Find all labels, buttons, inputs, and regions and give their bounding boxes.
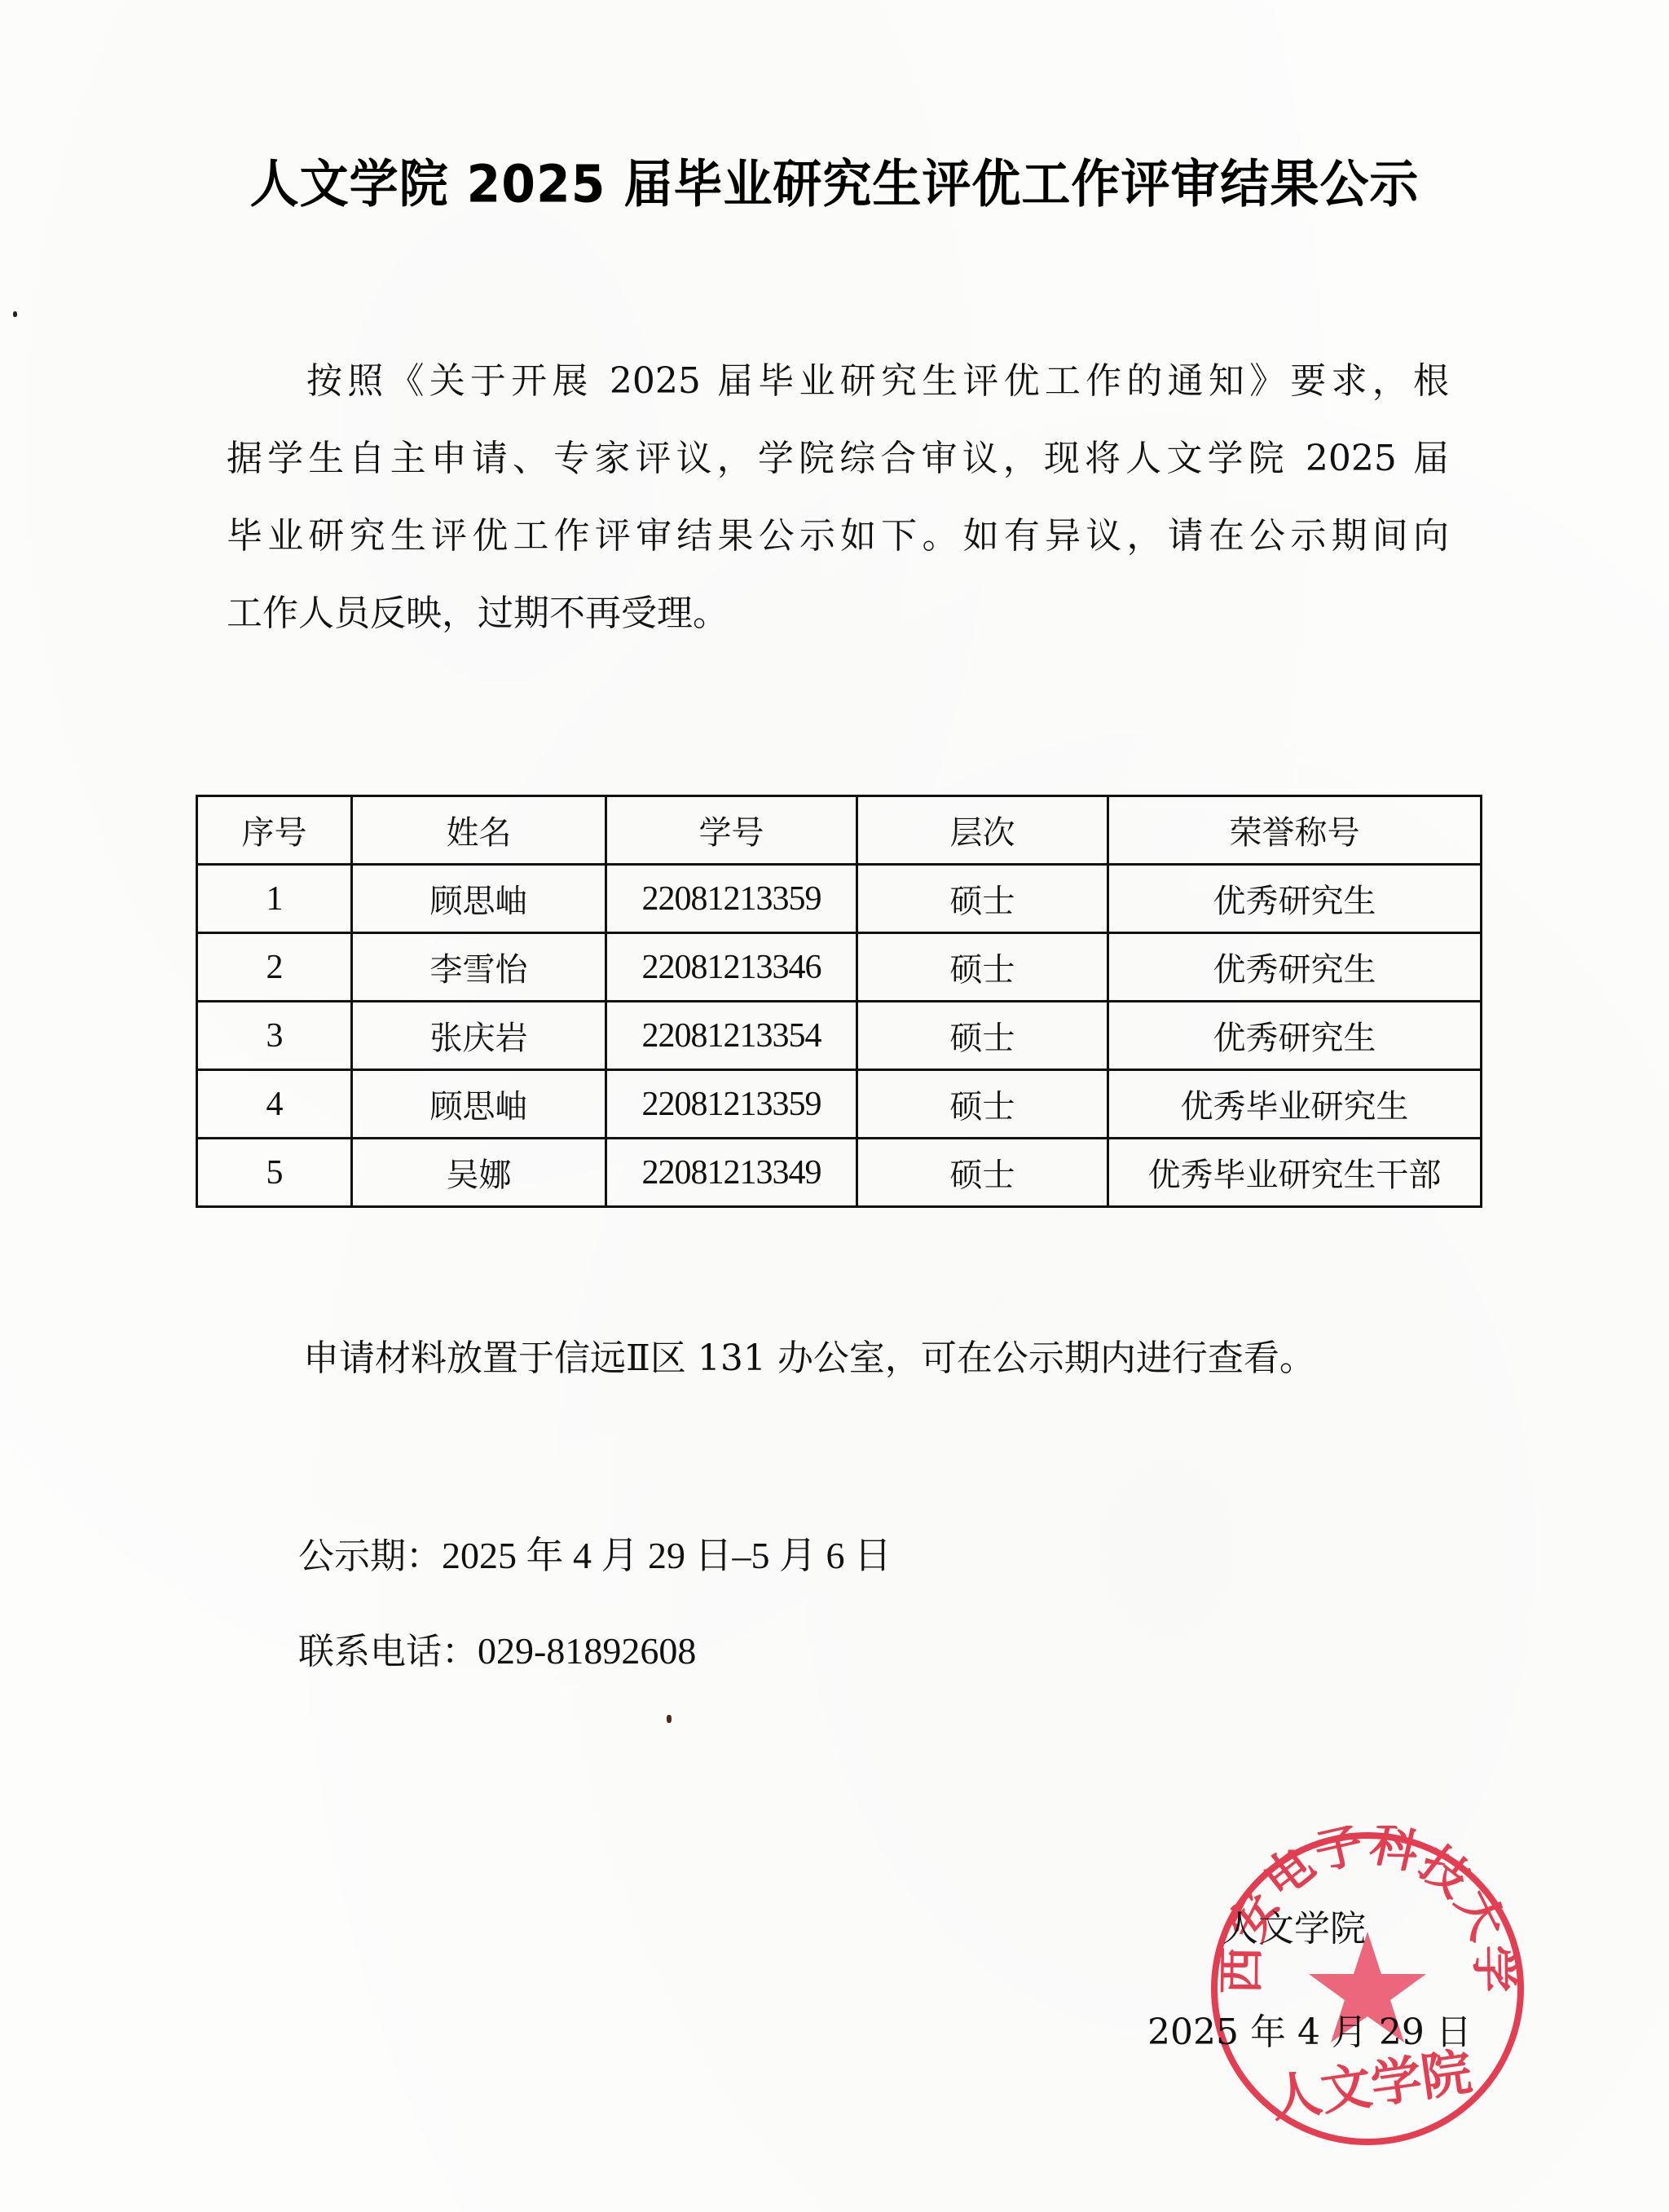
cell-index: 4 — [197, 1070, 352, 1139]
signature-date: 2025 年 4 月 29 日 — [1147, 2003, 1472, 2055]
cell-student-id: 22081213354 — [606, 1002, 857, 1070]
header-index: 序号 — [197, 796, 352, 865]
cell-index: 1 — [197, 865, 352, 933]
cell-name: 顾思岫 — [352, 865, 606, 933]
svg-text:人文学院: 人文学院 — [1267, 2042, 1476, 2129]
table-header-row: 序号 姓名 学号 层次 荣誉称号 — [197, 796, 1482, 865]
intro-line: 工作人员反映，过期不再受理。 — [227, 575, 1449, 652]
cell-name: 顾思岫 — [352, 1070, 606, 1139]
header-degree-level: 层次 — [857, 796, 1108, 865]
cell-degree-level: 硕士 — [857, 1002, 1108, 1070]
table-row: 1 顾思岫 22081213359 硕士 优秀研究生 — [197, 865, 1482, 933]
cell-honor-title: 优秀毕业研究生 — [1108, 1070, 1482, 1139]
table-row: 5 吴娜 22081213349 硕士 优秀毕业研究生干部 — [197, 1139, 1482, 1207]
cell-degree-level: 硕士 — [857, 933, 1108, 1002]
cell-honor-title: 优秀毕业研究生干部 — [1108, 1139, 1482, 1207]
contact-phone: 联系电话：029-81892608 — [298, 1622, 696, 1674]
cell-student-id: 22081213349 — [606, 1139, 857, 1207]
cell-student-id: 22081213359 — [606, 1070, 857, 1139]
cell-degree-level: 硕士 — [857, 1139, 1108, 1207]
cell-index: 2 — [197, 933, 352, 1002]
table-row: 2 李雪怡 22081213346 硕士 优秀研究生 — [197, 933, 1482, 1002]
cell-name: 张庆岩 — [352, 1002, 606, 1070]
intro-line: 按照《关于开展 2025 届毕业研究生评优工作的通知》要求，根 — [227, 342, 1449, 420]
cell-student-id: 22081213346 — [606, 933, 857, 1002]
document-title: 人文学院 2025 届毕业研究生评优工作评审结果公示 — [0, 143, 1669, 217]
header-name: 姓名 — [352, 796, 606, 865]
contact-phone-label: 联系电话： — [298, 1631, 478, 1672]
cell-index: 5 — [197, 1139, 352, 1207]
cell-name: 李雪怡 — [352, 933, 606, 1002]
document-page: 人文学院 2025 届毕业研究生评优工作评审结果公示 按照《关于开展 2025 … — [0, 0, 1669, 2212]
cell-name: 吴娜 — [352, 1139, 606, 1207]
publicity-period-value: 2025 年 4 月 29 日–5 月 6 日 — [442, 1535, 892, 1576]
cell-degree-level: 硕士 — [857, 1070, 1108, 1139]
cell-honor-title: 优秀研究生 — [1108, 933, 1482, 1002]
table-row: 3 张庆岩 22081213354 硕士 优秀研究生 — [197, 1002, 1482, 1070]
official-seal-icon: 西安电子科技大学 人文学院 — [1204, 1826, 1530, 2152]
publicity-period: 公示期：2025 年 4 月 29 日–5 月 6 日 — [298, 1526, 892, 1580]
cell-honor-title: 优秀研究生 — [1108, 865, 1482, 933]
intro-paragraph: 按照《关于开展 2025 届毕业研究生评优工作的通知》要求，根 据学生自主申请、… — [227, 342, 1449, 652]
contact-phone-value: 029-81892608 — [478, 1630, 696, 1672]
header-student-id: 学号 — [606, 796, 857, 865]
cell-index: 3 — [197, 1002, 352, 1070]
signature-organization: 人文学院 — [1222, 1899, 1366, 1951]
scan-speck — [13, 311, 17, 317]
results-table: 序号 姓名 学号 层次 荣誉称号 1 顾思岫 22081213359 硕士 优秀… — [196, 795, 1482, 1208]
intro-line: 据学生自主申请、专家评议，学院综合审议，现将人文学院 2025 届 — [227, 420, 1449, 497]
materials-note: 申请材料放置于信远Ⅱ区 131 办公室，可在公示期内进行查看。 — [303, 1329, 1315, 1381]
scan-speck — [667, 1715, 672, 1723]
table-row: 4 顾思岫 22081213359 硕士 优秀毕业研究生 — [197, 1070, 1482, 1139]
cell-honor-title: 优秀研究生 — [1108, 1002, 1482, 1070]
intro-line: 毕业研究生评优工作评审结果公示如下。如有异议，请在公示期间向 — [227, 497, 1449, 575]
publicity-period-label: 公示期： — [298, 1536, 442, 1577]
header-honor-title: 荣誉称号 — [1108, 796, 1482, 865]
cell-degree-level: 硕士 — [857, 865, 1108, 933]
cell-student-id: 22081213359 — [606, 865, 857, 933]
